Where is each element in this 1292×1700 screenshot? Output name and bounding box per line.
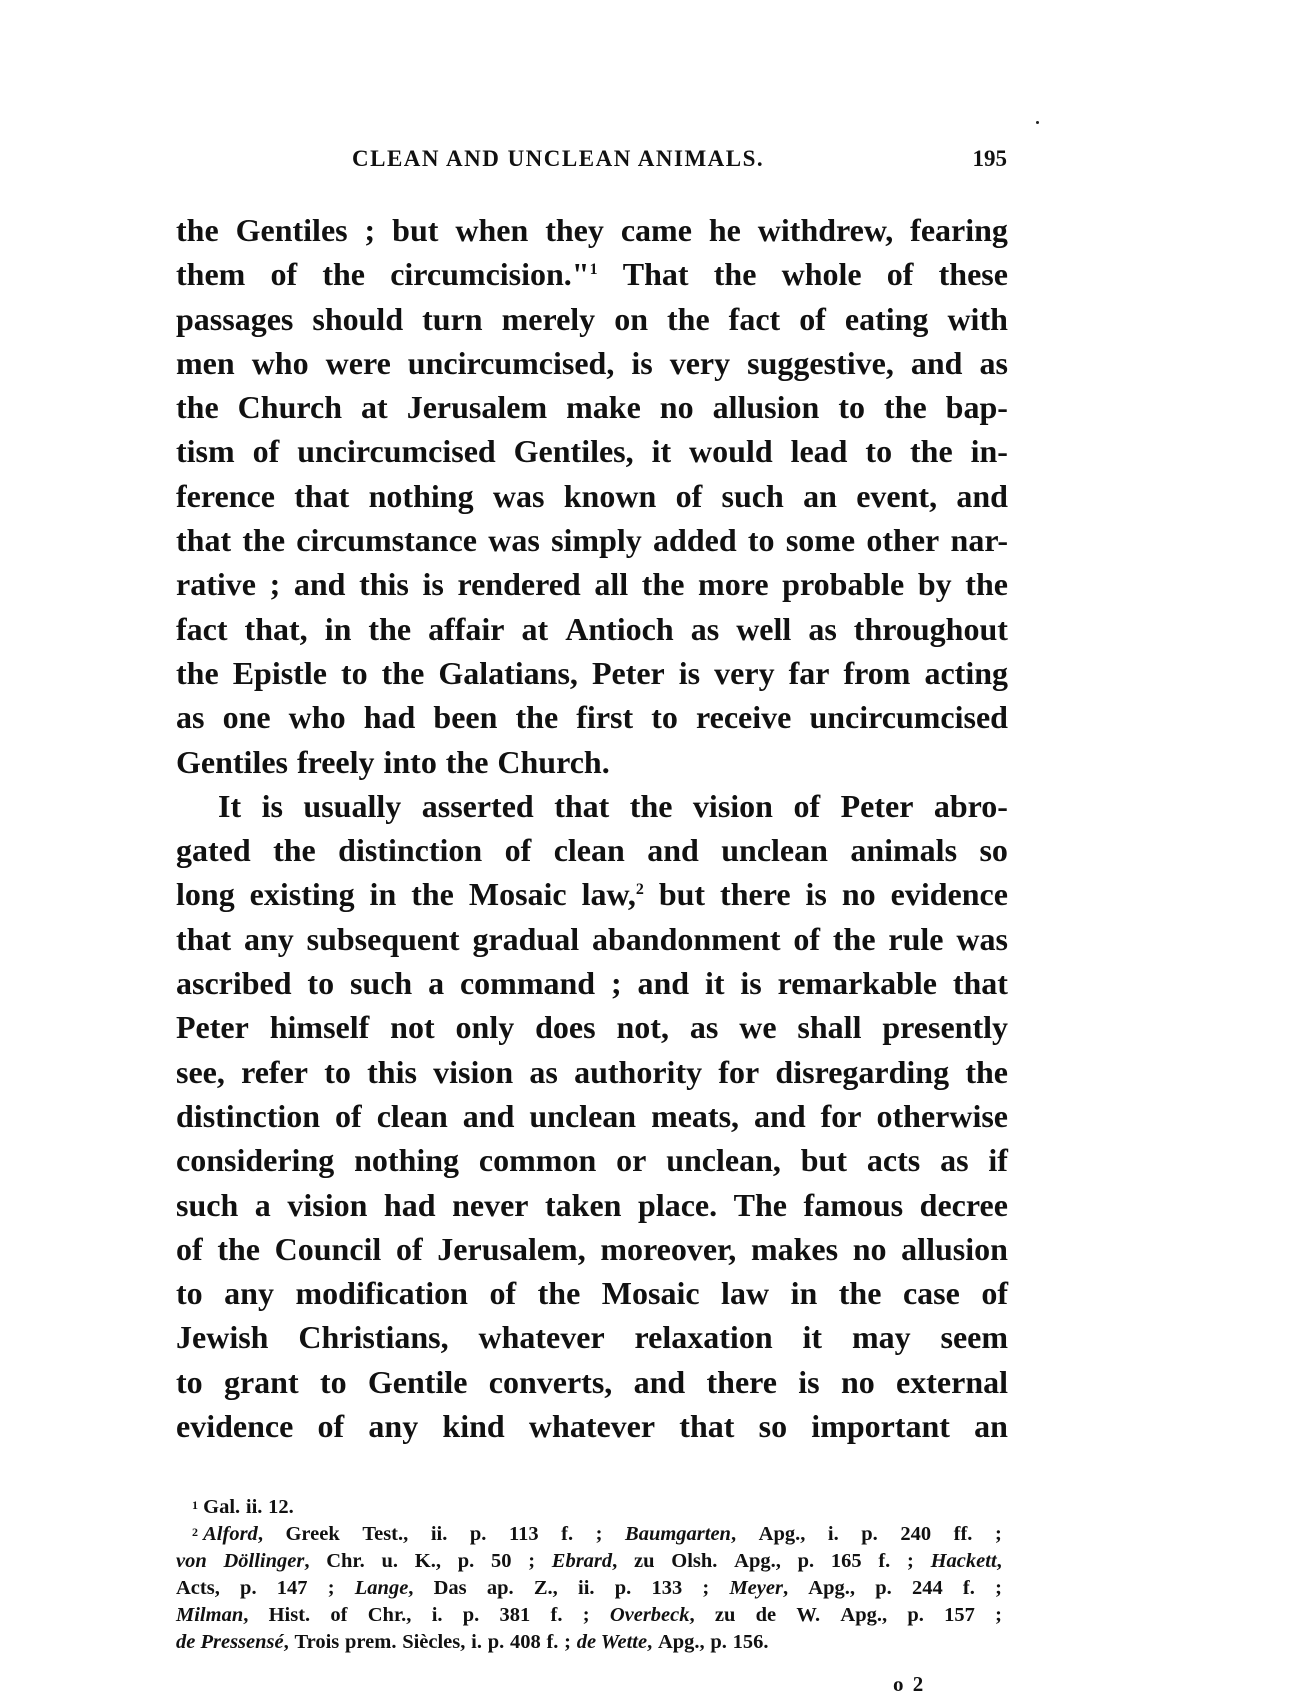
footnote-2-line: vonDöllinger,Chr.u.K.,p.50;Ebrard,zuOlsh… xyxy=(176,1548,1002,1575)
footnotes: 1 Gal.ii.12.2 Alford,GreekTest.,ii.p.113… xyxy=(176,1494,1002,1656)
body-line: ascribedtosuchacommand;anditisremarkable… xyxy=(176,961,1008,1005)
footnote-1-line: 1 Gal.ii.12. xyxy=(176,1494,1002,1521)
scan-speck xyxy=(1036,121,1039,124)
body-line: thatanysubsequentgradualabandonmentofthe… xyxy=(176,917,1008,961)
body-line: factthat,intheaffairatAntiochaswellasthr… xyxy=(176,607,1008,651)
footnote-marker: 1 xyxy=(192,1498,198,1512)
body-line: ferencethatnothingwasknownofsuchanevent,… xyxy=(176,474,1008,518)
body-line: tismofuncircumcisedGentiles,itwouldleadt… xyxy=(176,429,1008,473)
body-line: themofthecircumcision."1Thatthewholeofth… xyxy=(176,252,1008,296)
body-line: JewishChristians,whateverrelaxationitmay… xyxy=(176,1315,1008,1359)
body-line: suchavisionhadnevertakenplace.Thefamousd… xyxy=(176,1183,1008,1227)
body-line: theEpistletotheGalatians,Peterisveryfarf… xyxy=(176,651,1008,695)
running-title: CLEAN AND UNCLEAN ANIMALS. xyxy=(352,146,764,172)
footnote-marker: 2 xyxy=(192,1525,198,1539)
body-line: menwhowereuncircumcised,isverysuggestive… xyxy=(176,341,1008,385)
body-line: togranttoGentileconverts,andthereisnoext… xyxy=(176,1360,1008,1404)
page-number: 195 xyxy=(973,146,1008,172)
body-line: ItisusuallyassertedthatthevisionofPetera… xyxy=(176,784,1008,828)
body-line: rative;andthisisrenderedallthemoreprobab… xyxy=(176,562,1008,606)
footnote-ref[interactable]: 1 xyxy=(590,261,598,278)
body-line: gatedthedistinctionofcleananduncleananim… xyxy=(176,828,1008,872)
body-line: theChurchatJerusalemmakenoallusiontotheb… xyxy=(176,385,1008,429)
body-line: thatthecircumstancewassimplyaddedtosomeo… xyxy=(176,518,1008,562)
footnote-2-line: Milman,Hist.ofChr.,i.p.381f.;Overbeck,zu… xyxy=(176,1602,1002,1629)
body-line: Peterhimselfnotonlydoesnot,asweshallpres… xyxy=(176,1005,1008,1049)
signature-mark: o 2 xyxy=(893,1672,925,1697)
body-text: theGentiles;butwhentheycamehewithdrew,fe… xyxy=(176,208,1008,1448)
footnote-2-line: de Pressensé,Troisprem.Siècles,i.p.408f.… xyxy=(176,1629,1002,1656)
footnote-ref[interactable]: 2 xyxy=(636,881,644,898)
body-line: GentilesfreelyintotheChurch. xyxy=(176,740,1008,784)
body-line: passagesshouldturnmerelyonthefactofeatin… xyxy=(176,297,1008,341)
body-line: see,refertothisvisionasauthorityfordisre… xyxy=(176,1050,1008,1094)
footnote-2-line: 2 Alford,GreekTest.,ii.p.113f.;Baumgarte… xyxy=(176,1521,1002,1548)
footnote-2-line: Acts,p.147;Lange,Dasap.Z.,ii.p.133;Meyer… xyxy=(176,1575,1002,1602)
body-line: oftheCouncilofJerusalem,moreover,makesno… xyxy=(176,1227,1008,1271)
body-line: evidenceofanykindwhateverthatsoimportant… xyxy=(176,1404,1008,1448)
body-line: toanymodificationoftheMosaiclawinthecase… xyxy=(176,1271,1008,1315)
body-line: consideringnothingcommonorunclean,butact… xyxy=(176,1138,1008,1182)
body-line: asonewhohadbeenthefirsttoreceiveuncircum… xyxy=(176,695,1008,739)
running-header: CLEAN AND UNCLEAN ANIMALS. 195 xyxy=(175,146,1007,176)
body-line: distinctionofcleananduncleanmeats,andfor… xyxy=(176,1094,1008,1138)
body-line: theGentiles;butwhentheycamehewithdrew,fe… xyxy=(176,208,1008,252)
body-line: longexistingintheMosaiclaw,2butthereisno… xyxy=(176,872,1008,916)
